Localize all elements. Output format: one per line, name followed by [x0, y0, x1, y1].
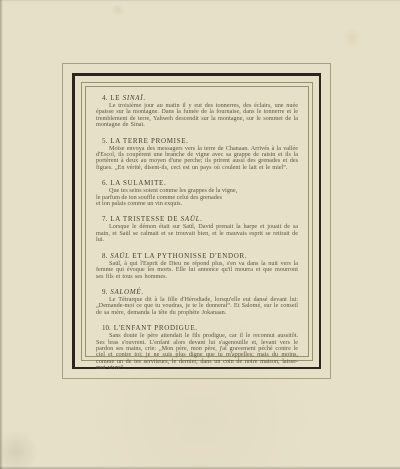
section-title-post: .: [143, 94, 145, 102]
section-verse: Que tes seins soient comme les grappes d…: [96, 188, 298, 207]
section-heading: 4.LE SINAÏ.: [96, 94, 298, 102]
section-body: Lorsque le démon était sur Saül, David p…: [96, 224, 298, 243]
scanned-page: { "document": { "kind": "letterpress pla…: [0, 0, 400, 469]
section-heading: 5.LA TERRE PROMISE.: [96, 137, 298, 145]
section-heading: 6.LA SULAMITE.: [96, 179, 298, 187]
section-body: Saül, à qui l'Esprit de Dieu ne répond p…: [96, 261, 298, 280]
plate-frame-fine-rule-inner: 4.LE SINAÏ. Le troisième jour au matin i…: [85, 86, 309, 357]
section: 4.LE SINAÏ. Le troisième jour au matin i…: [96, 94, 298, 129]
section-title-post: .: [200, 215, 202, 223]
section-title-post: .: [164, 179, 166, 187]
section-title-pre: LA TRISTESSE DE: [110, 215, 180, 223]
plate-frame: 4.LE SINAÏ. Le troisième jour au matin i…: [62, 63, 331, 379]
section-title-emphasis: SALOMÉ: [110, 288, 141, 296]
section-body: Sans doute le père attendait le fils pro…: [96, 333, 298, 371]
section-title-emphasis: SINAÏ: [123, 94, 144, 102]
section-title: LA TRISTESSE DE SAÜL.: [110, 215, 202, 223]
verse-line: et ton palais comme un vin exquis.: [96, 201, 298, 207]
section-title-post: .: [186, 137, 188, 145]
section-number: 4.: [102, 94, 107, 102]
section-title-emphasis: SAÜL: [181, 215, 201, 223]
section-title-pre: L'ENFANT PRODIGUE: [114, 324, 196, 332]
section: 7.LA TRISTESSE DE SAÜL. Lorsque le démon…: [96, 215, 298, 243]
section-title: SALOMÉ.: [110, 288, 143, 296]
section-title-post: .: [195, 324, 197, 332]
section-heading: 9.SALOMÉ.: [96, 288, 298, 296]
section-number: 7.: [102, 215, 107, 223]
section-title-pre: LA SULAMITE: [110, 179, 164, 187]
plate-frame-heavy-rule: 4.LE SINAÏ. Le troisième jour au matin i…: [72, 73, 321, 369]
section: 5.LA TERRE PROMISE. Moïse envoya des mes…: [96, 137, 298, 172]
section-title-post: ET LA PYTHONISSE D'ENDOR.: [130, 252, 248, 260]
section-heading: 10.L'ENFANT PRODIGUE.: [96, 324, 298, 332]
section-title: L'ENFANT PRODIGUE.: [114, 324, 198, 332]
section-number: 6.: [102, 179, 107, 187]
section-body: Moïse envoya des messagers vers la terre…: [96, 146, 298, 172]
section-title: SAÜL ET LA PYTHONISSE D'ENDOR.: [110, 252, 247, 260]
section-body: Le Tétrarque dit à la fille d'Hérodiade,…: [96, 297, 298, 316]
section-heading: 7.LA TRISTESSE DE SAÜL.: [96, 215, 298, 223]
section-heading: 8.SAÜL ET LA PYTHONISSE D'ENDOR.: [96, 252, 298, 260]
section-title: LA TERRE PROMISE.: [110, 137, 188, 145]
section-title-emphasis: SAÜL: [110, 252, 130, 260]
section-number: 5.: [102, 137, 107, 145]
section-title-pre: LE: [110, 94, 122, 102]
section: 6.LA SULAMITE. Que tes seins soient comm…: [96, 179, 298, 207]
section-number: 9.: [102, 288, 107, 296]
section-title-pre: LA TERRE PROMISE: [110, 137, 186, 145]
section-number: 8.: [102, 252, 107, 260]
section-body: Le troisième jour au matin il y eut des …: [96, 103, 298, 129]
section-title: LA SULAMITE.: [110, 179, 166, 187]
section: 9.SALOMÉ. Le Tétrarque dit à la fille d'…: [96, 288, 298, 316]
plate-frame-fine-rule-outer: 4.LE SINAÏ. Le troisième jour au matin i…: [81, 82, 313, 361]
section: 10.L'ENFANT PRODIGUE. Sans doute le père…: [96, 324, 298, 371]
section-number: 10.: [102, 324, 111, 332]
section: 8.SAÜL ET LA PYTHONISSE D'ENDOR. Saül, à…: [96, 252, 298, 280]
section-title: LE SINAÏ.: [110, 94, 145, 102]
section-title-post: .: [141, 288, 143, 296]
plate-text-block: 4.LE SINAÏ. Le troisième jour au matin i…: [87, 88, 307, 355]
